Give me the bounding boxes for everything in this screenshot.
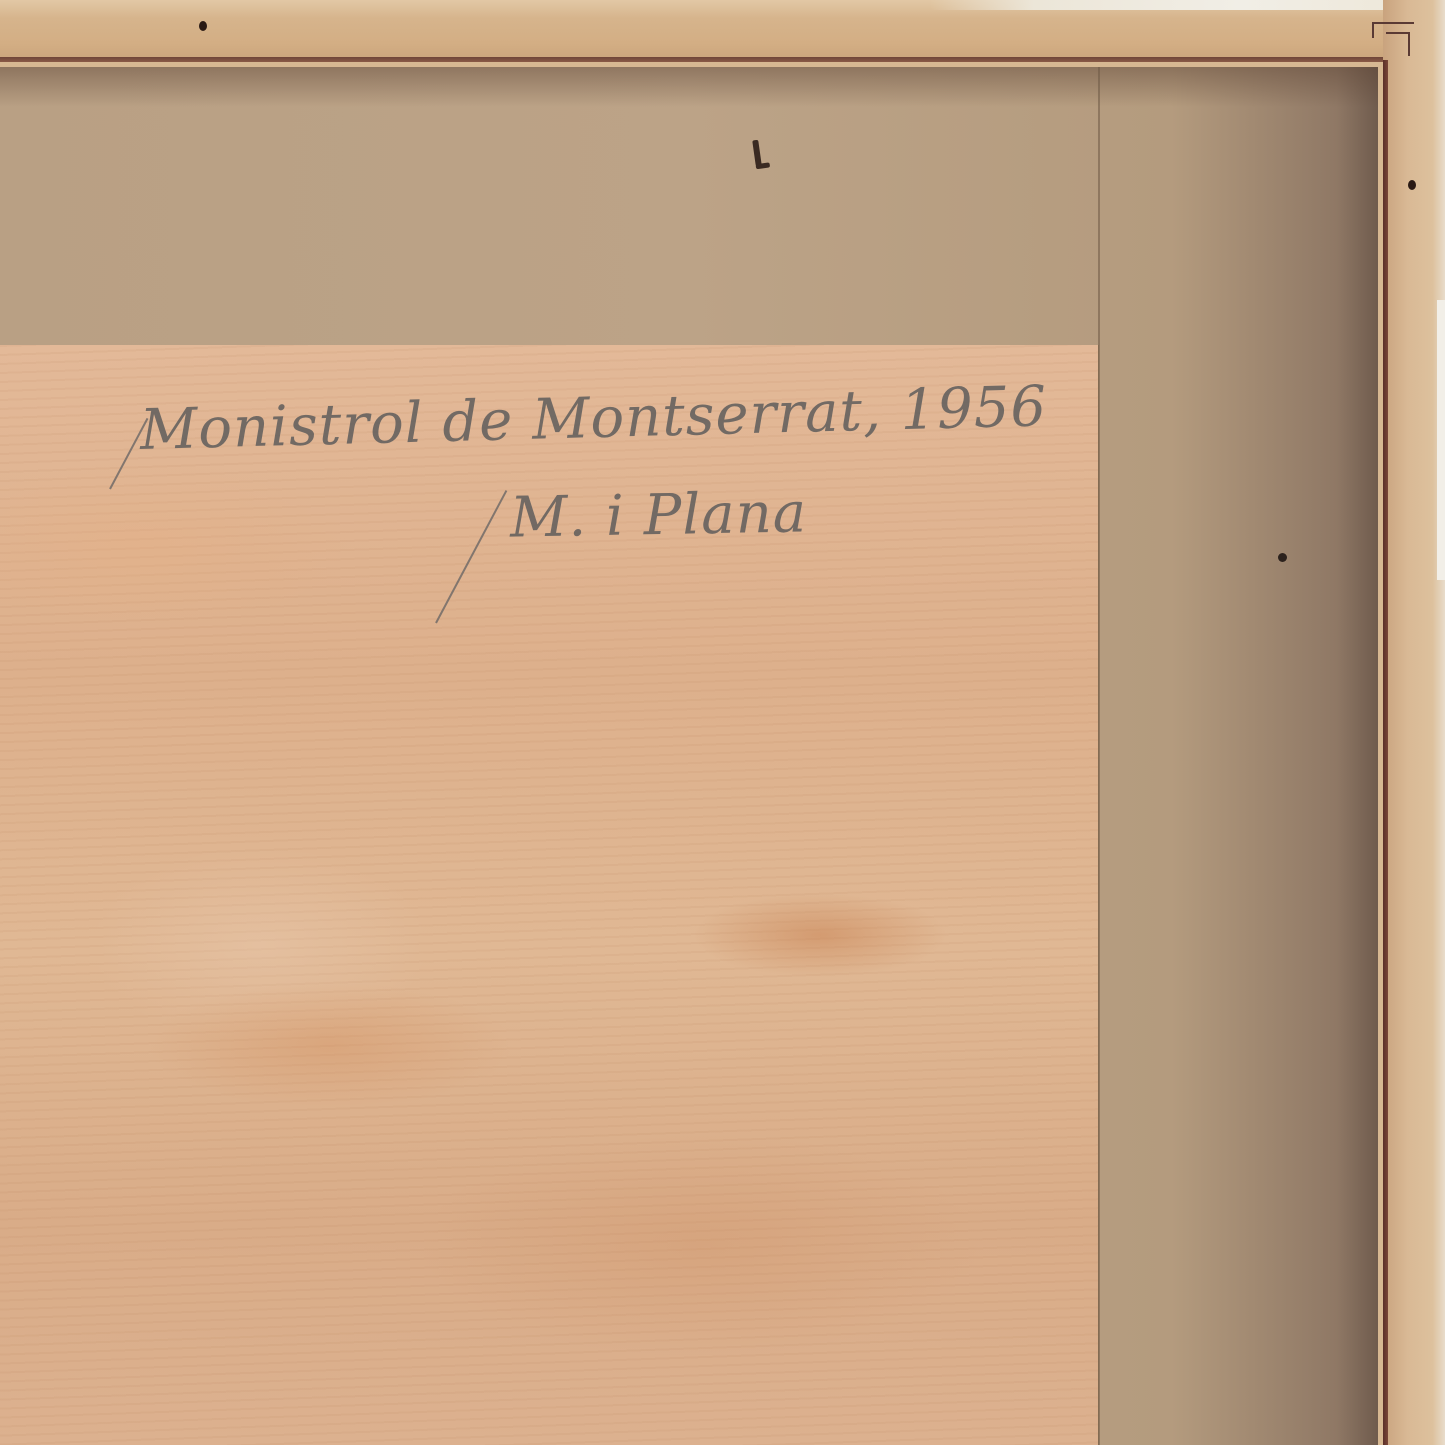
inscription-signature: M. i Plana: [509, 480, 807, 550]
board-seam: [1098, 67, 1100, 1445]
frame-right-paint-residue: [1437, 300, 1445, 580]
frame-right-rail: [1383, 0, 1445, 1445]
nail-hole: [199, 21, 207, 31]
frame-top-paint-residue: [930, 0, 1445, 10]
nail-hole: [1408, 180, 1416, 190]
frame-shadow: [0, 67, 1378, 107]
tack-icon: [1278, 553, 1287, 562]
corner-staple-icon: [1386, 32, 1410, 56]
